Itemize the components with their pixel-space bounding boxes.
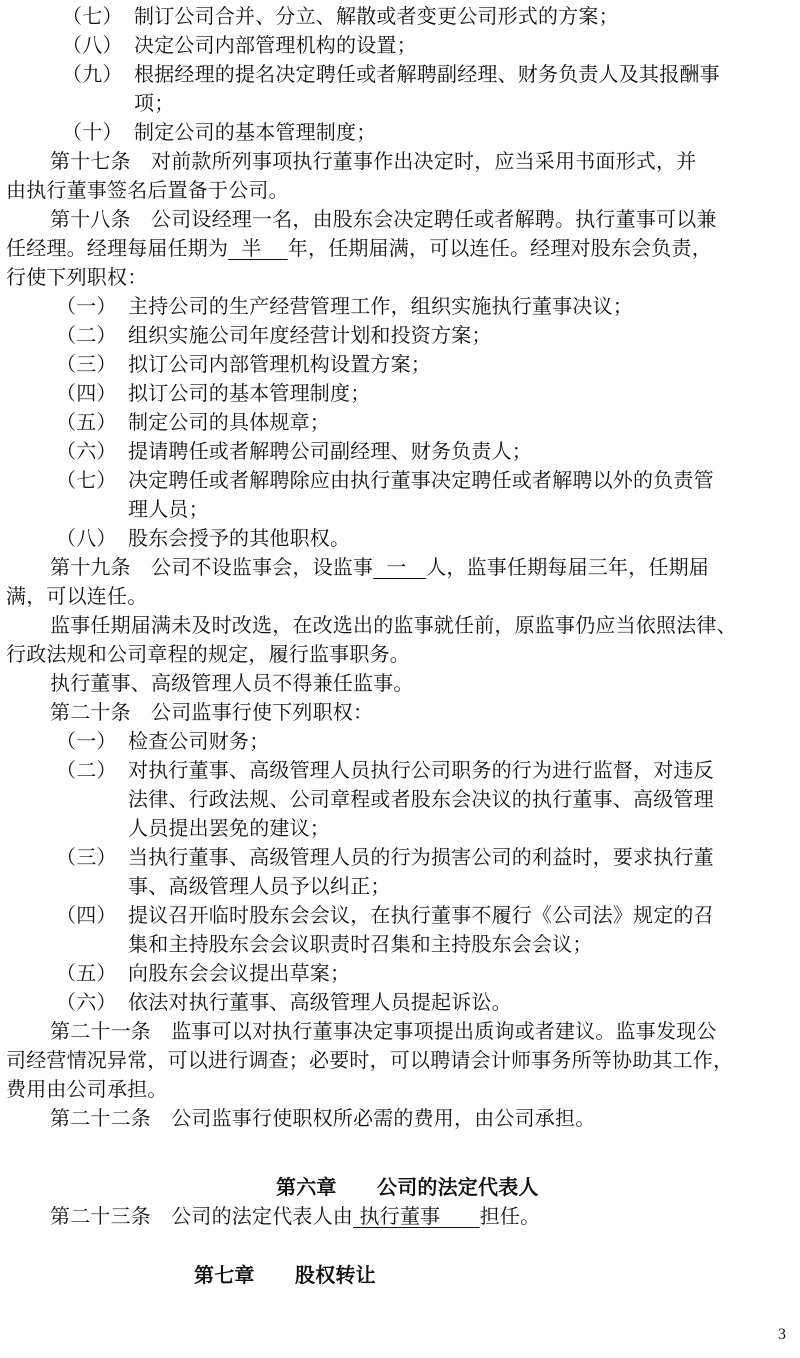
list-item: （二）组织实施公司年度经营计划和投资方案； bbox=[56, 323, 492, 347]
article-19-line2: 满，可以连任。 bbox=[6, 584, 147, 608]
list-item: （十）制定公司的基本管理制度； bbox=[62, 120, 376, 144]
manager-term-field: 半 bbox=[228, 236, 288, 260]
item-text: 根据经理的提名决定聘任或者解聘副经理、财务负责人及其报酬事 bbox=[134, 62, 720, 86]
item-number: （二） bbox=[56, 323, 128, 347]
list-item: （六）依法对执行董事、高级管理人员提起诉讼。 bbox=[56, 990, 512, 1014]
article-21-line1: 第二十一条 监事可以对执行董事决定事项提出质询或者建议。监事发现公 bbox=[50, 1019, 717, 1043]
list-item-continuation: 理人员； bbox=[128, 497, 209, 521]
supervisor-count-field: 一 bbox=[373, 555, 426, 579]
article-22-line1: 第二十二条 公司监事行使职权所必需的费用，由公司承担。 bbox=[50, 1106, 595, 1130]
chapter-6-heading: 第六章 公司的法定代表人 bbox=[276, 1175, 539, 1199]
text: 第二十三条 公司的法定代表人由 bbox=[50, 1204, 353, 1228]
document-page: （七）制订公司合并、分立、解散或者变更公司形式的方案； （八）决定公司内部管理机… bbox=[0, 0, 800, 1358]
article-17-line1: 第十七条 对前款所列事项执行董事作出决定时，应当采用书面形式，并 bbox=[50, 149, 696, 173]
text: 担任。 bbox=[480, 1204, 541, 1228]
item-text: 主持公司的生产经营管理工作，组织实施执行董事决议； bbox=[128, 294, 633, 318]
item-text: 拟订公司的基本管理制度； bbox=[128, 381, 370, 405]
item-text: 决定公司内部管理机构的设置； bbox=[134, 33, 417, 57]
list-item: （六）提请聘任或者解聘公司副经理、财务负责人； bbox=[56, 439, 532, 463]
list-item: （一）检查公司财务； bbox=[56, 729, 269, 753]
list-item-continuation: 人员提出罢免的建议； bbox=[128, 816, 330, 840]
item-text: 提请聘任或者解聘公司副经理、财务负责人； bbox=[128, 439, 532, 463]
list-item: （五）向股东会会议提出草案； bbox=[56, 961, 350, 985]
legal-representative-field: 执行董事 bbox=[353, 1204, 480, 1228]
article-18-line1: 第十八条 公司设经理一名，由股东会决定聘任或者解聘。执行董事可以兼 bbox=[50, 207, 717, 231]
item-number: （五） bbox=[56, 410, 128, 434]
item-text: 制订公司合并、分立、解散或者变更公司形式的方案； bbox=[134, 4, 619, 28]
article-19-para2-line2: 行政法规和公司章程的规定，履行监事职务。 bbox=[6, 642, 410, 666]
item-text: 提议召开临时股东会会议，在执行董事不履行《公司法》规定的召 bbox=[128, 903, 714, 927]
list-item: （一）主持公司的生产经营管理工作，组织实施执行董事决议； bbox=[56, 294, 633, 318]
list-item: （五）制定公司的具体规章； bbox=[56, 410, 330, 434]
item-number: （十） bbox=[62, 120, 134, 144]
article-17-line2: 由执行董事签名后置备于公司。 bbox=[6, 178, 289, 202]
item-number: （一） bbox=[56, 729, 128, 753]
item-number: （六） bbox=[56, 439, 128, 463]
item-number: （九） bbox=[62, 62, 134, 86]
item-text: 依法对执行董事、高级管理人员提起诉讼。 bbox=[128, 990, 512, 1014]
item-number: （二） bbox=[56, 758, 128, 782]
list-item: （三）拟订公司内部管理机构设置方案； bbox=[56, 352, 431, 376]
text: 人，监事任期每届三年，任期届 bbox=[426, 555, 709, 579]
item-text: 决定聘任或者解聘除应由执行董事决定聘任或者解聘以外的负责管 bbox=[128, 468, 714, 492]
item-number: （四） bbox=[56, 381, 128, 405]
list-item-continuation: 事、高级管理人员予以纠正； bbox=[128, 874, 391, 898]
item-text: 对执行董事、高级管理人员执行公司职务的行为进行监督，对违反 bbox=[128, 758, 714, 782]
item-text: 制定公司的基本管理制度； bbox=[134, 120, 376, 144]
article-18-line2: 任经理。经理每届任期为 半 年，任期届满，可以连任。经理对股东会负责， bbox=[6, 236, 712, 260]
list-item: （九）根据经理的提名决定聘任或者解聘副经理、财务负责人及其报酬事 bbox=[62, 62, 720, 86]
list-item: （四）提议召开临时股东会会议，在执行董事不履行《公司法》规定的召 bbox=[56, 903, 714, 927]
item-number: （八） bbox=[62, 33, 134, 57]
item-number: （三） bbox=[56, 352, 128, 376]
list-item: （三）当执行董事、高级管理人员的行为损害公司的利益时，要求执行董 bbox=[56, 845, 714, 869]
list-item: （八）股东会授予的其他职权。 bbox=[56, 526, 350, 550]
article-20-line1: 第二十条 公司监事行使下列职权： bbox=[50, 700, 373, 724]
article-23: 第二十三条 公司的法定代表人由 执行董事 担任。 bbox=[50, 1204, 540, 1228]
item-number: （六） bbox=[56, 990, 128, 1014]
item-number: （五） bbox=[56, 961, 128, 985]
item-text: 制定公司的具体规章； bbox=[128, 410, 330, 434]
text: 年，任期届满，可以连任。经理对股东会负责， bbox=[288, 236, 712, 260]
text: 第十九条 公司不设监事会，设监事 bbox=[50, 555, 373, 579]
list-item-continuation: 法律、行政法规、公司章程或者股东会决议的执行董事、高级管理 bbox=[128, 787, 714, 811]
item-text: 当执行董事、高级管理人员的行为损害公司的利益时，要求执行董 bbox=[128, 845, 714, 869]
item-number: （一） bbox=[56, 294, 128, 318]
item-number: （三） bbox=[56, 845, 128, 869]
article-21-line3: 费用由公司承担。 bbox=[6, 1077, 168, 1101]
article-19-line1: 第十九条 公司不设监事会，设监事 一 人，监事任期每届三年，任期届 bbox=[50, 555, 709, 579]
page-number: 3 bbox=[778, 1326, 786, 1344]
item-number: （七） bbox=[56, 468, 128, 492]
article-19-para2-line1: 监事任期届满未及时改选，在改选出的监事就任前，原监事仍应当依照法律、 bbox=[50, 613, 737, 637]
article-18-line3: 行使下列职权： bbox=[6, 265, 147, 289]
item-number: （七） bbox=[62, 4, 134, 28]
list-item-continuation: 集和主持股东会会议职责时召集和主持股东会会议； bbox=[128, 932, 593, 956]
item-text: 向股东会会议提出草案； bbox=[128, 961, 350, 985]
list-item: （八）决定公司内部管理机构的设置； bbox=[62, 33, 417, 57]
item-number: （四） bbox=[56, 903, 128, 927]
item-text: 检查公司财务； bbox=[128, 729, 269, 753]
list-item: （四）拟订公司的基本管理制度； bbox=[56, 381, 370, 405]
list-item: （七）制订公司合并、分立、解散或者变更公司形式的方案； bbox=[62, 4, 619, 28]
article-21-line2: 司经营情况异常，可以进行调查；必要时，可以聘请会计师事务所等协助其工作， bbox=[6, 1048, 733, 1072]
item-text: 股东会授予的其他职权。 bbox=[128, 526, 350, 550]
list-item: （二）对执行董事、高级管理人员执行公司职务的行为进行监督，对违反 bbox=[56, 758, 714, 782]
text: 任经理。经理每届任期为 bbox=[6, 236, 228, 260]
list-item-continuation: 项； bbox=[134, 91, 174, 115]
chapter-7-heading: 第七章 股权转让 bbox=[194, 1263, 376, 1287]
item-number: （八） bbox=[56, 526, 128, 550]
item-text: 拟订公司内部管理机构设置方案； bbox=[128, 352, 431, 376]
item-text: 组织实施公司年度经营计划和投资方案； bbox=[128, 323, 492, 347]
article-19-para3: 执行董事、高级管理人员不得兼任监事。 bbox=[50, 671, 414, 695]
list-item: （七）决定聘任或者解聘除应由执行董事决定聘任或者解聘以外的负责管 bbox=[56, 468, 714, 492]
